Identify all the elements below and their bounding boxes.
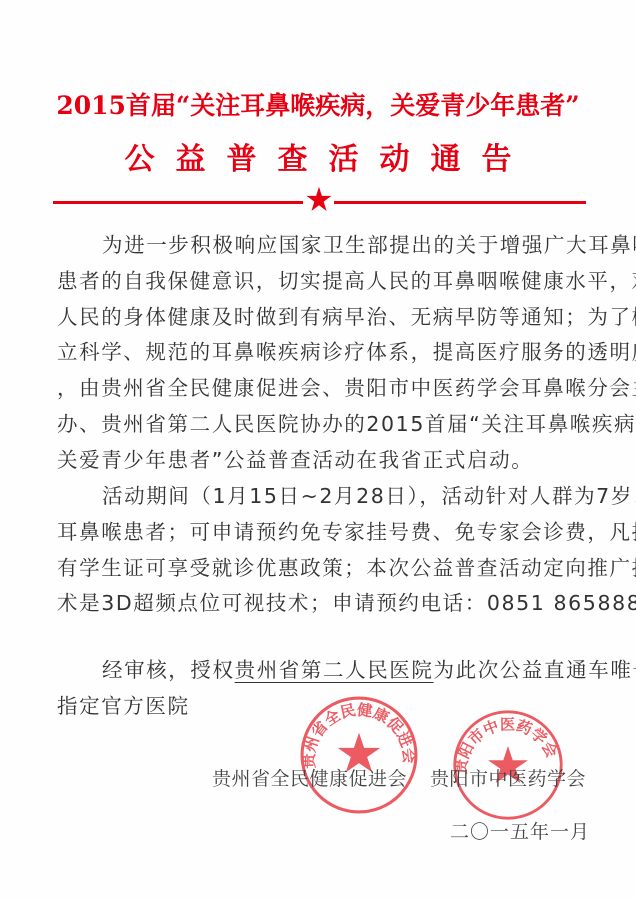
paragraph-intro: 为进一步积极响应国家卫生部提出的关于增强广大耳鼻喉 患者的自我保健意识，切实提高… bbox=[57, 228, 580, 479]
notice-title-line2: 公益普查活动通告 bbox=[0, 134, 636, 178]
notice-title-line1: 2015首届“关注耳鼻喉疾病，关爱青少年患者” bbox=[0, 86, 636, 122]
text-line: ，由贵州省全民健康促进会、贵阳市中医药学会耳鼻喉分会主 bbox=[57, 371, 580, 407]
auth-suffix: 为此次公益直通车唯一 bbox=[434, 658, 636, 682]
divider-left bbox=[53, 201, 303, 204]
signatory-1: 贵州省全民健康促进会 bbox=[212, 764, 407, 791]
auth-prefix: 经审核，授权 bbox=[102, 658, 235, 682]
paragraph-activity: 活动期间（1月15日~2月28日），活动针对人群为7岁以上 耳鼻喉患者；可申请预… bbox=[57, 479, 580, 622]
divider-right bbox=[334, 201, 586, 204]
text-line: 患者的自我保健意识，切实提高人民的耳鼻咽喉健康水平，对 bbox=[57, 264, 580, 300]
text-line: 经审核，授权贵州省第二人民医院为此次公益直通车唯一 bbox=[57, 653, 580, 689]
signatory-2: 贵阳市中医药学会 bbox=[430, 764, 586, 791]
text-line: 耳鼻喉患者；可申请预约免专家挂号费、免专家会诊费，凡持 bbox=[57, 515, 580, 551]
seal-stamp-icon: 贵州省全民健康促进会 bbox=[298, 694, 420, 816]
text-line: 人民的身体健康及时做到有病早治、无病早防等通知；为了树 bbox=[57, 300, 580, 336]
text-line: 术是3D超频点位可视技术；申请预约电话：0851 86588881。 bbox=[57, 586, 580, 622]
text-line: 有学生证可享受就诊优惠政策；本次公益普查活动定向推广技 bbox=[57, 551, 580, 587]
text-line: 为进一步积极响应国家卫生部提出的关于增强广大耳鼻喉 bbox=[57, 228, 580, 264]
star-icon bbox=[306, 186, 332, 212]
authorized-hospital: 贵州省第二人民医院 bbox=[235, 658, 434, 682]
text-line: 关爱青少年患者”公益普查活动在我省正式启动。 bbox=[57, 443, 580, 479]
issue-date: 二〇一五年一月 bbox=[450, 817, 590, 844]
text-line: 活动期间（1月15日~2月28日），活动针对人群为7岁以上 bbox=[57, 479, 580, 515]
text-line: 立科学、规范的耳鼻喉疾病诊疗体系，提高医疗服务的透明度 bbox=[57, 335, 580, 371]
text-line: 办、贵州省第二人民医院协办的2015首届“关注耳鼻喉疾病， bbox=[57, 407, 580, 443]
